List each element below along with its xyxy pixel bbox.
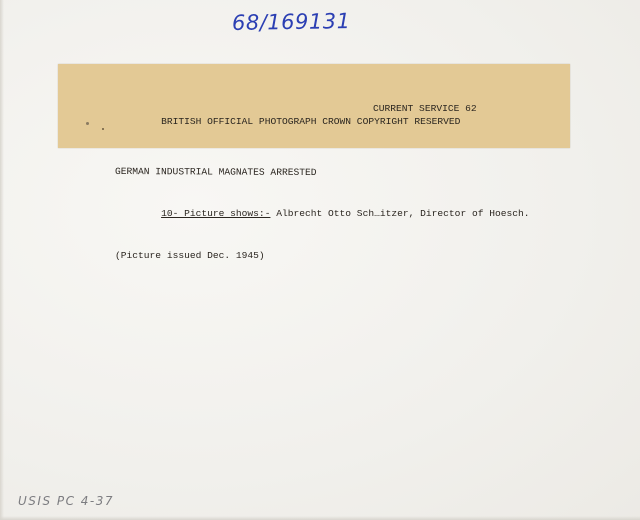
caption-service-number: CURRENT SERVICE 62	[373, 104, 477, 115]
handwritten-reference-number: 68/169131	[232, 9, 351, 35]
caption-line-1: BRITISH OFFICIAL PHOTOGRAPH CROWN COPYRI…	[115, 104, 530, 146]
caption-issue-date: (Picture issued Dec. 1945)	[115, 251, 530, 262]
caption-picture-shows-label: 10- Picture shows:-	[161, 208, 270, 219]
label-speck	[86, 122, 89, 125]
caption-copyright: BRITISH OFFICIAL PHOTOGRAPH CROWN COPYRI…	[161, 116, 460, 127]
caption-headline: GERMAN INDUSTRIAL MAGNATES ARRESTED	[115, 167, 530, 180]
label-speck	[102, 128, 104, 130]
photo-back-sheet: 68/169131 BRITISH OFFICIAL PHOTOGRAPH CR…	[0, 0, 640, 520]
caption-subject: Albrecht Otto Sch…itzer, Director of Hoe…	[270, 208, 529, 219]
pencil-annotation: USIS PC 4-37	[18, 494, 114, 508]
caption-text-block: BRITISH OFFICIAL PHOTOGRAPH CROWN COPYRI…	[115, 83, 530, 283]
caption-line-3: 10- Picture shows:- Albrecht Otto Sch…it…	[115, 199, 530, 231]
typed-caption-label: BRITISH OFFICIAL PHOTOGRAPH CROWN COPYRI…	[58, 64, 570, 148]
